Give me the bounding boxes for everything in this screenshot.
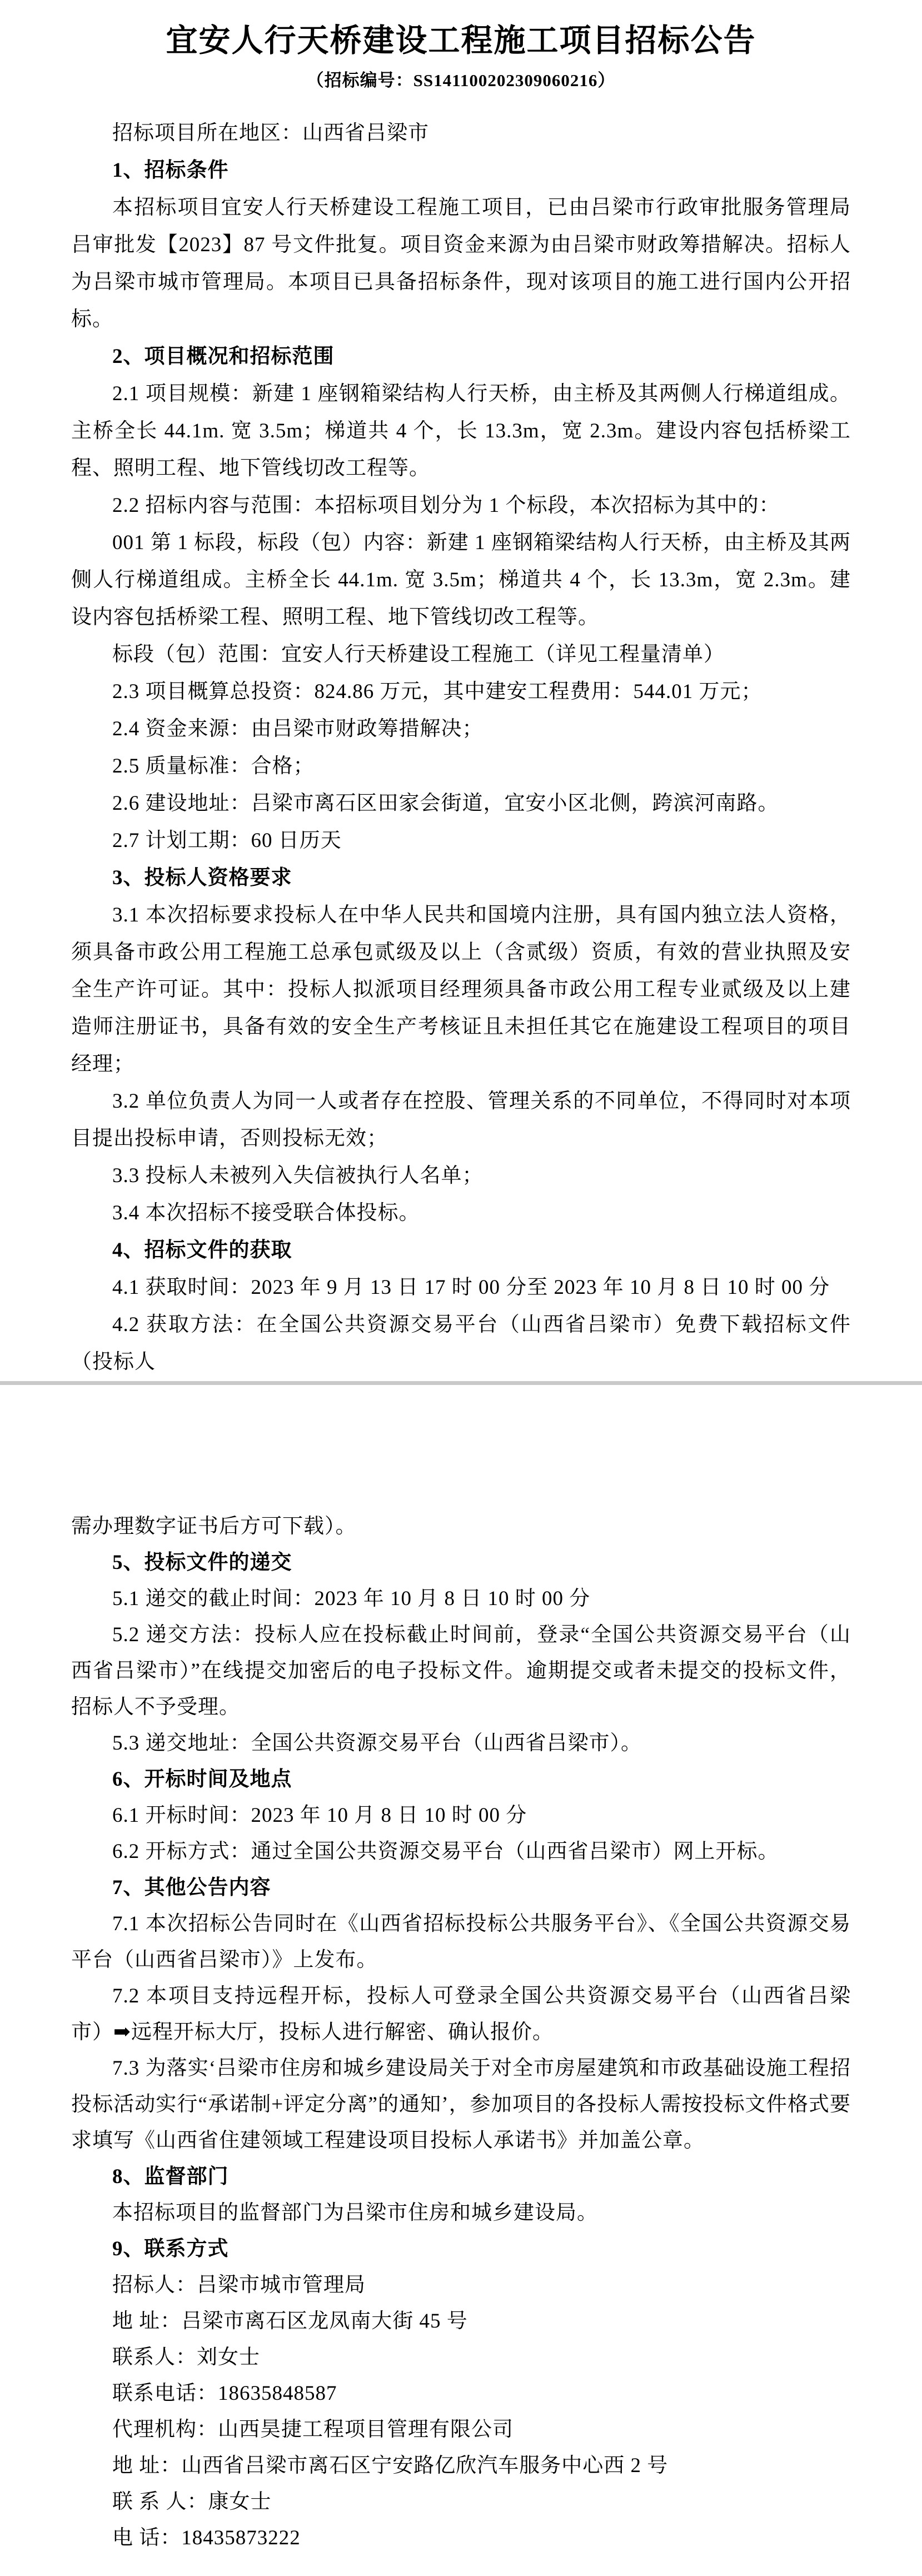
section-heading: 6、开标时间及地点 <box>71 1761 851 1797</box>
paragraph: 3.2 单位负责人为同一人或者存在控股、管理关系的不同单位，不得同时对本项目提出… <box>71 1083 851 1157</box>
paragraph: 需办理数字证书后方可下载）。 <box>71 1508 851 1544</box>
paragraph: 6.1 开标时间：2023 年 10 月 8 日 10 时 00 分 <box>71 1797 851 1833</box>
paragraph: 招标人：吕梁市城市管理局 <box>71 2267 851 2303</box>
paragraph: 联系人：刘女士 <box>71 2339 851 2375</box>
paragraph: 2.2 招标内容与范围：本招标项目划分为 1 个标段，本次招标为其中的： <box>71 487 851 524</box>
document-title: 宜安人行天桥建设工程施工项目招标公告 <box>71 21 851 61</box>
paragraph: 本招标项目宜安人行天桥建设工程施工项目，已由吕梁市行政审批服务管理局吕审批发【2… <box>71 189 851 338</box>
paragraph: 地 址：吕梁市离石区龙凤南大街 45 号 <box>71 2303 851 2339</box>
tender-announcement-document: 宜安人行天桥建设工程施工项目招标公告 （招标编号：SS1411002023090… <box>0 0 922 2576</box>
paragraph: 代理机构：山西昊捷工程项目管理有限公司 <box>71 2411 851 2448</box>
paragraph: 电 话：18435873222 <box>71 2520 851 2556</box>
page-2-body: 需办理数字证书后方可下载）。5、投标文件的递交5.1 递交的截止时间：2023 … <box>71 1508 851 2556</box>
paragraph: 联系电话：18635848587 <box>71 2375 851 2411</box>
paragraph: 7.1 本次招标公告同时在《山西省招标投标公共服务平台》、《全国公共资源交易平台… <box>71 1906 851 1978</box>
paragraph: 4.2 获取方法：在全国公共资源交易平台（山西省吕梁市）免费下载招标文件（投标人 <box>71 1306 851 1381</box>
paragraph: 标段（包）范围：宜安人行天桥建设工程施工（详见工程量清单） <box>71 636 851 673</box>
page-1: 宜安人行天桥建设工程施工项目招标公告 （招标编号：SS1411002023090… <box>0 0 922 1381</box>
paragraph: 3.3 投标人未被列入失信被执行人名单； <box>71 1157 851 1194</box>
page-1-body: 招标项目所在地区：山西省吕梁市1、招标条件本招标项目宜安人行天桥建设工程施工项目… <box>71 114 851 1381</box>
paragraph: 7.2 本项目支持远程开标，投标人可登录全国公共资源交易平台（山西省吕梁市）➡远… <box>71 1978 851 2050</box>
paragraph: 5.3 递交地址：全国公共资源交易平台（山西省吕梁市）。 <box>71 1725 851 1761</box>
paragraph: 3.4 本次招标不接受联合体投标。 <box>71 1194 851 1232</box>
page-break-divider <box>0 1381 922 1385</box>
paragraph: 3.1 本次招标要求投标人在中华人民共和国境内注册，具有国内独立法人资格，须具备… <box>71 896 851 1083</box>
tender-number-subtitle: （招标编号：SS141100202309060216） <box>71 68 851 93</box>
paragraph: 001 第 1 标段，标段（包）内容：新建 1 座钢箱梁结构人行天桥，由主桥及其… <box>71 524 851 636</box>
section-heading: 8、监督部门 <box>71 2159 851 2195</box>
section-heading: 3、投标人资格要求 <box>71 859 851 896</box>
section-heading: 5、投标文件的递交 <box>71 1544 851 1581</box>
paragraph: 2.6 建设地址：吕梁市离石区田家会街道，宜安小区北侧，跨滨河南路。 <box>71 785 851 822</box>
paragraph: 5.1 递交的截止时间：2023 年 10 月 8 日 10 时 00 分 <box>71 1581 851 1617</box>
paragraph: 2.7 计划工期：60 日历天 <box>71 822 851 859</box>
section-heading: 7、其他公告内容 <box>71 1870 851 1906</box>
paragraph: 7.3 为落实‘吕梁市住房和城乡建设局关于对全市房屋建筑和市政基础设施工程招投标… <box>71 2050 851 2159</box>
section-heading: 4、招标文件的获取 <box>71 1232 851 1269</box>
section-heading: 2、项目概况和招标范围 <box>71 338 851 375</box>
paragraph: 联 系 人：康女士 <box>71 2484 851 2520</box>
paragraph: 地 址：山西省吕梁市离石区宁安路亿欣汽车服务中心西 2 号 <box>71 2448 851 2484</box>
page-2: 需办理数字证书后方可下载）。5、投标文件的递交5.1 递交的截止时间：2023 … <box>0 1385 922 2576</box>
paragraph: 2.1 项目规模：新建 1 座钢箱梁结构人行天桥，由主桥及其两侧人行梯道组成。主… <box>71 375 851 487</box>
section-heading: 9、联系方式 <box>71 2231 851 2267</box>
paragraph: 2.4 资金来源：由吕梁市财政筹措解决； <box>71 710 851 748</box>
paragraph: 6.2 开标方式：通过全国公共资源交易平台（山西省吕梁市）网上开标。 <box>71 1833 851 1870</box>
paragraph: 5.2 递交方法：投标人应在投标截止时间前，登录“全国公共资源交易平台（山西省吕… <box>71 1617 851 1725</box>
section-heading: 1、招标条件 <box>71 152 851 189</box>
paragraph: 招标项目所在地区：山西省吕梁市 <box>71 114 851 152</box>
paragraph: 2.5 质量标准：合格； <box>71 748 851 785</box>
paragraph: 2.3 项目概算总投资：824.86 万元，其中建安工程费用：544.01 万元… <box>71 673 851 710</box>
paragraph: 本招标项目的监督部门为吕梁市住房和城乡建设局。 <box>71 2195 851 2231</box>
paragraph: 4.1 获取时间：2023 年 9 月 13 日 17 时 00 分至 2023… <box>71 1269 851 1306</box>
